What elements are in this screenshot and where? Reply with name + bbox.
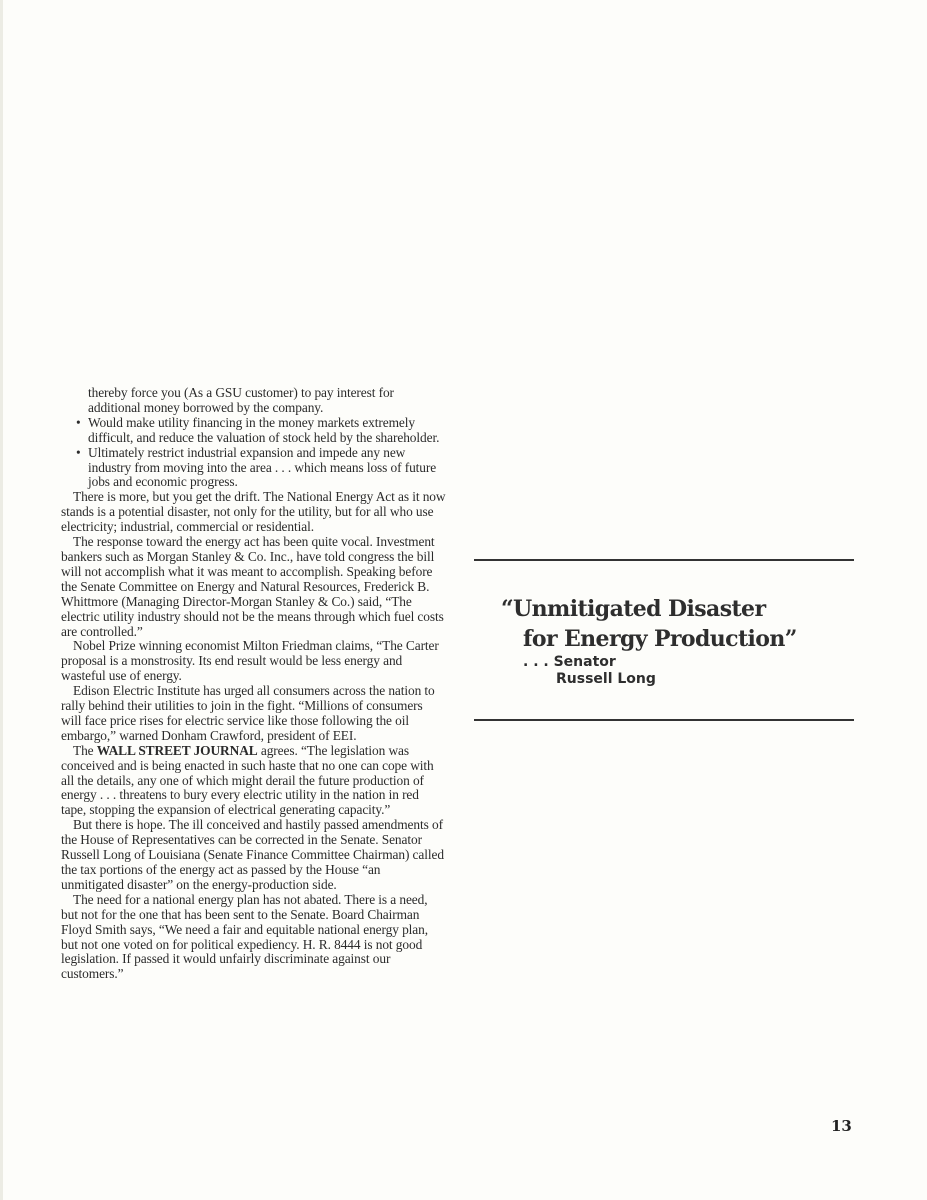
continued-line: additional money borrowed by the company… xyxy=(74,401,446,416)
pullquote-line: “Unmitigated Disaster xyxy=(501,594,861,624)
pullquote-rule-bottom xyxy=(474,719,854,721)
paragraph: Nobel Prize winning economist Milton Fri… xyxy=(61,639,446,684)
pullquote-attribution: . . . Senator xyxy=(501,654,861,671)
paragraph: But there is hope. The ill conceived and… xyxy=(61,818,446,893)
bullet-list: • Would make utility financing in the mo… xyxy=(74,416,446,491)
pullquote-line: for Energy Production” xyxy=(501,624,861,654)
continued-line: thereby force you (As a GSU customer) to… xyxy=(74,386,446,401)
paragraph: The need for a national energy plan has … xyxy=(61,893,446,982)
pullquote-attribution: Russell Long xyxy=(501,671,861,688)
page-number: 13 xyxy=(831,1117,852,1135)
paragraph: Edison Electric Institute has urged all … xyxy=(61,684,446,744)
paragraph: The response toward the energy act has b… xyxy=(61,535,446,639)
bullet-text: Would make utility financing in the mone… xyxy=(88,415,439,445)
paragraph: There is more, but you get the drift. Th… xyxy=(61,490,446,535)
paragraph-wsj: The WALL STREET JOURNAL agrees. “The leg… xyxy=(61,744,446,819)
bullet-icon: • xyxy=(76,446,81,461)
page-edge xyxy=(0,0,3,1200)
bullet-icon: • xyxy=(76,416,81,431)
pullquote-rule-top xyxy=(474,559,854,561)
wsj-name: WALL STREET JOURNAL xyxy=(97,743,258,758)
article-column: thereby force you (As a GSU customer) to… xyxy=(74,386,446,982)
bullet-text: Ultimately restrict industrial expansion… xyxy=(88,445,436,490)
bullet-item: • Would make utility financing in the mo… xyxy=(88,416,446,446)
wsj-prefix: The xyxy=(73,743,97,758)
bullet-item: • Ultimately restrict industrial expansi… xyxy=(88,446,446,491)
pullquote: “Unmitigated Disaster for Energy Product… xyxy=(501,594,861,688)
article-body: There is more, but you get the drift. Th… xyxy=(61,490,446,982)
